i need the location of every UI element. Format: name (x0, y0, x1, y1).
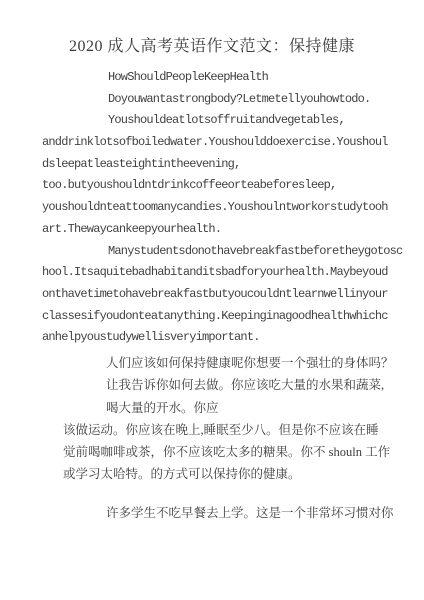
essay-line: anhelpyoustudywellisveryimportant. (42, 327, 404, 349)
document-page: 2020 成人高考英语作文范文：保持健康 HowShouldPeopleKeep… (0, 0, 424, 600)
translation-line: 人们应该如何保持健康呢你想要一个强壮的身体吗？ (106, 352, 404, 374)
essay-line: youshouldnteattoomanycandies.Youshoulntw… (42, 197, 404, 219)
essay-line: hool.Itsaquitebadhabitanditsbadforyourhe… (42, 262, 404, 284)
translation-line: 许多学生不吃早餐去上学。这是一个非常坏习惯对你 (106, 502, 404, 524)
translation-line: 觉前喝咖啡或茶，你不应该吃太多的糖果。你不 shouln 工作 (63, 441, 404, 463)
essay-line: HowShouldPeopleKeepHealth (108, 67, 404, 89)
essay-line: onthavetimetohavebreakfastbutyoucouldntl… (42, 284, 404, 306)
essay-body: HowShouldPeopleKeepHealth Doyouwantastro… (0, 67, 424, 524)
paragraph-gap (42, 486, 404, 502)
essay-line: Manystudentsdonothavebreakfastbeforethey… (108, 241, 404, 263)
essay-line: classesifyoudonteatanything.Keepinginago… (42, 306, 404, 328)
essay-line: too.butyoushouldntdrinkcoffeeorteabefore… (42, 175, 404, 197)
essay-line: art.Thewaycankeepyourhealth. (42, 219, 404, 241)
translation-line: 喝大量的开水。你应 (106, 397, 404, 419)
essay-line: anddrinklotsofboiledwater.Youshoulddoexe… (42, 132, 404, 154)
document-title: 2020 成人高考英语作文范文：保持健康 (0, 0, 424, 56)
translation-line: 或学习太哈特。的方式可以保持你的健康。 (63, 463, 404, 485)
essay-line: Doyouwantastrongbody?Letmetellyouhowtodo… (108, 89, 404, 111)
translation-line: 该做运动。你应该在晚上,睡眠至少八。但是你不应该在睡 (63, 419, 404, 441)
essay-line: Youshouldeatlotsoffruitandvegetables, (108, 110, 404, 132)
essay-line: dsleepatleasteightintheevening, (42, 154, 404, 176)
translation-line: 让我告诉你如何去做。你应该吃大量的水果和蔬菜, (106, 374, 404, 396)
